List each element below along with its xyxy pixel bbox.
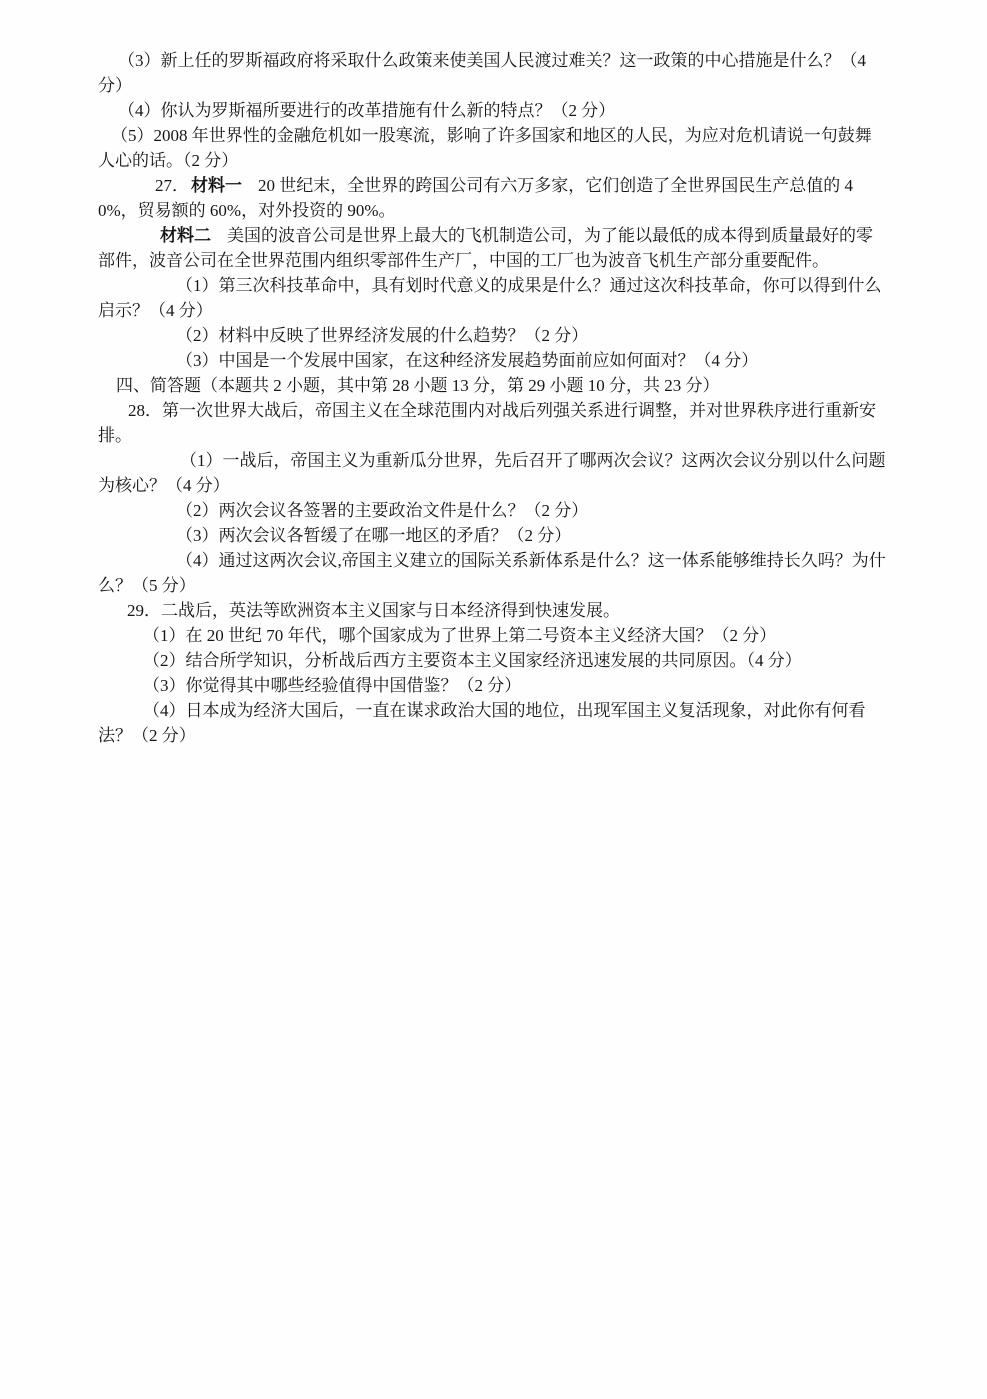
question-26-part-3: （3）新上任的罗斯福政府将采取什么政策来使美国人民渡过难关？这一政策的中心措施是… bbox=[98, 48, 888, 98]
question-29-intro: 29．二战后，英法等欧洲资本主义国家与日本经济得到快速发展。 bbox=[98, 598, 888, 623]
material-2-label: 材料二 bbox=[160, 226, 211, 245]
question-29-part-2: （2）结合所学知识，分析战后西方主要资本主义国家经济迅速发展的共同原因。（4 分… bbox=[98, 648, 888, 673]
question-27-part-2: （2）材料中反映了世界经济发展的什么趋势？（2 分） bbox=[98, 323, 888, 348]
question-27-part-1: （1）第三次科技革命中，具有划时代意义的成果是什么？通过这次科技革命，你可以得到… bbox=[98, 273, 888, 323]
question-29-part-1: （1）在 20 世纪 70 年代，哪个国家成为了世界上第二号资本主义经济大国？（… bbox=[98, 623, 888, 648]
question-26-part-5: （5）2008 年世界性的金融危机如一股寒流，影响了许多国家和地区的人民，为应对… bbox=[98, 123, 888, 173]
question-27-part-3: （3）中国是一个发展中国家，在这种经济发展趋势面前应如何面对？（4 分） bbox=[98, 348, 888, 373]
question-28-intro: 28．第一次世界大战后，帝国主义在全球范围内对战后列强关系进行调整，并对世界秩序… bbox=[98, 398, 888, 448]
exam-paper-page: （3）新上任的罗斯福政府将采取什么政策来使美国人民渡过难关？这一政策的中心措施是… bbox=[0, 0, 987, 1399]
question-27-material-2: 材料二美国的波音公司是世界上最大的飞机制造公司，为了能以最低的成本得到质量最好的… bbox=[98, 223, 888, 273]
question-28-part-3: （3）两次会议各暂缓了在哪一地区的矛盾？（2 分） bbox=[98, 523, 888, 548]
question-28-part-4: （4）通过这两次会议,帝国主义建立的国际关系新体系是什么？这一体系能够维持长久吗… bbox=[98, 548, 888, 598]
material-2-text: 美国的波音公司是世界上最大的飞机制造公司，为了能以最低的成本得到质量最好的零部件… bbox=[98, 226, 873, 270]
material-1-label: 材料一 bbox=[191, 176, 242, 195]
question-29-part-4: （4）日本成为经济大国后，一直在谋求政治大国的地位，出现军国主义复活现象，对此你… bbox=[98, 698, 888, 748]
question-27-material-1: 27．材料一20 世纪末，全世界的跨国公司有六万多家，它们创造了全世界国民生产总… bbox=[98, 173, 888, 223]
section-4-heading: 四、简答题（本题共 2 小题，其中第 28 小题 13 分，第 29 小题 10… bbox=[98, 373, 888, 398]
question-26-part-4: （4）你认为罗斯福所要进行的改革措施有什么新的特点？（2 分） bbox=[98, 98, 888, 123]
question-27-number: 27． bbox=[155, 176, 189, 195]
question-28-part-1: （1）一战后，帝国主义为重新瓜分世界，先后召开了哪两次会议？这两次会议分别以什么… bbox=[98, 448, 888, 498]
question-29-part-3: （3）你觉得其中哪些经验值得中国借鉴？（2 分） bbox=[98, 673, 888, 698]
question-28-part-2: （2）两次会议各签署的主要政治文件是什么？（2 分） bbox=[98, 498, 888, 523]
